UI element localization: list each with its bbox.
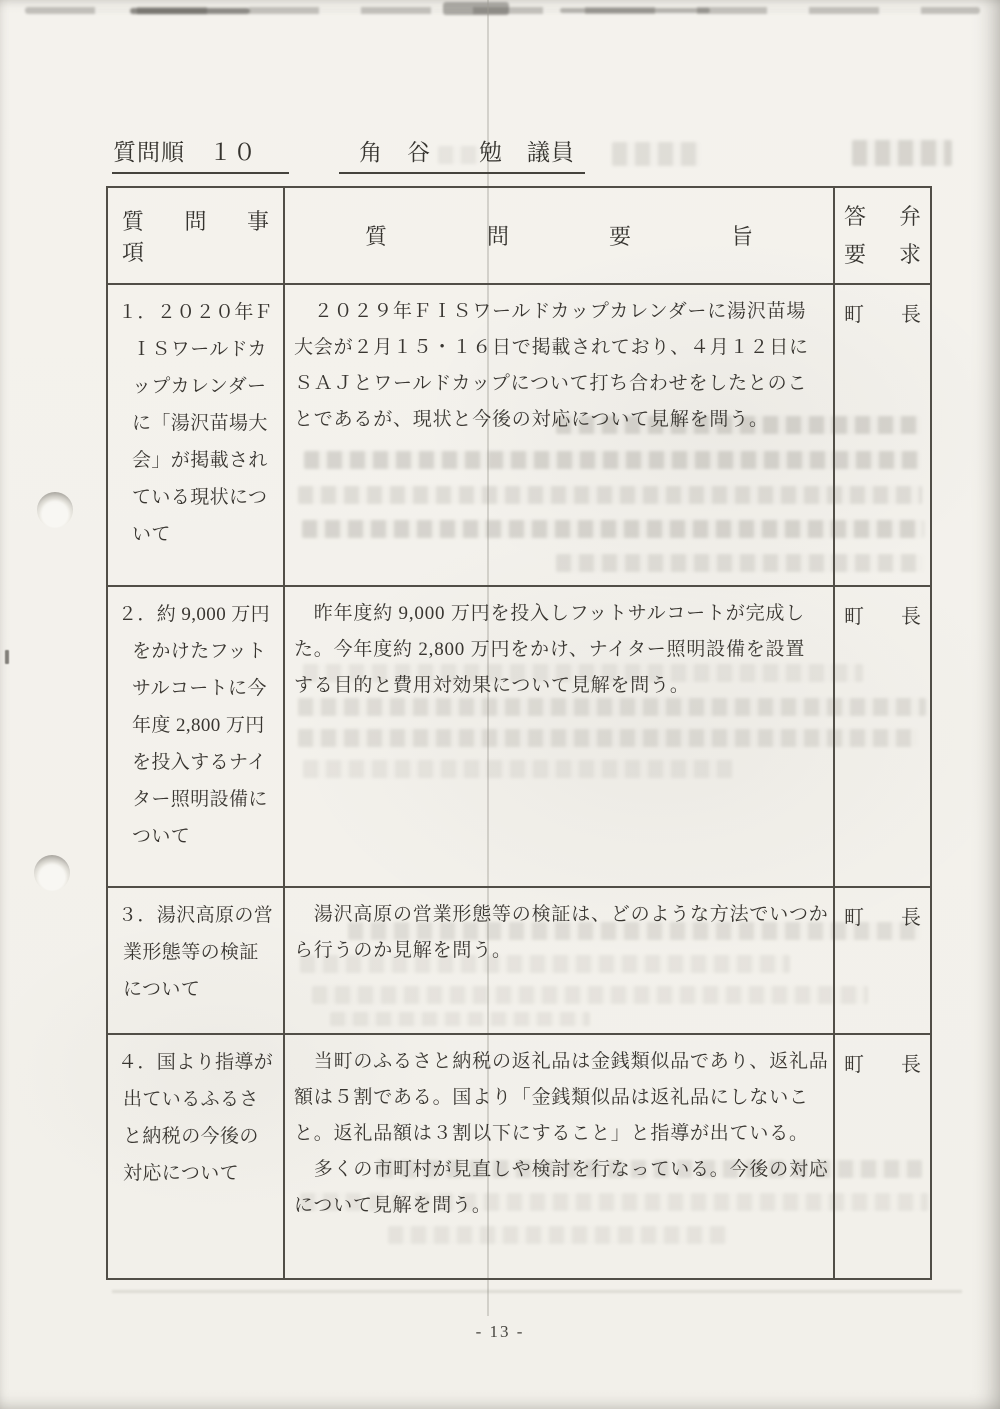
text-line: いて	[132, 516, 279, 553]
respondent-cell-2: 町 長	[835, 587, 930, 888]
question-table: 質 問 事 項 質 問 要 旨 答 弁 要 求 １．２０２０年Ｆ ＩＳワールドカ…	[106, 186, 932, 1280]
text-line: 額は５割である。国より「金銭類似品は返礼品にしないこ	[294, 1080, 827, 1116]
text-line: を投入するナイ	[132, 744, 279, 781]
text-line: ３．湯沢高原の営	[118, 897, 279, 934]
page-number: - 13 -	[0, 1322, 1000, 1342]
text-line: ２．約 9,000 万円	[118, 596, 279, 633]
text-line: 昨年度約 9,000 万円を投入しフットサルコートが完成し	[294, 596, 827, 632]
header-cell-question-items: 質 問 事 項	[108, 188, 285, 285]
summary-cell-4: 当町のふるさと納税の返礼品は金銭類似品であり、返礼品 額は５割である。国より「金…	[285, 1035, 835, 1278]
item-cell-2: ２．約 9,000 万円 をかけたフット サルコートに今 年度 2,800 万円…	[108, 587, 285, 888]
respondent-cell-1: 町 長	[835, 285, 930, 587]
bleedthrough-artifact	[852, 140, 952, 166]
text-line: と納税の今後の	[123, 1118, 279, 1155]
text-line: ップカレンダー	[132, 368, 279, 405]
summary-cell-2: 昨年度約 9,000 万円を投入しフットサルコートが完成し た。今年度約 2,8…	[285, 587, 835, 888]
text-line: 対応について	[123, 1155, 279, 1192]
text-line: １．２０２０年Ｆ	[118, 294, 279, 331]
text-line: 大会が２月１５・１６日で掲載されており、４月１２日に	[294, 330, 827, 366]
respondent-label: 町 長	[835, 298, 930, 327]
summary-cell-1: ２０２９年ＦＩＳワールドカップカレンダーに湯沢苗場 大会が２月１５・１６日で掲載…	[285, 285, 835, 587]
scan-streak	[112, 1290, 962, 1293]
question-order-label: 質問順 １０	[112, 134, 289, 174]
respondent-label: 町 長	[835, 600, 930, 629]
scanned-document-page: 質問順 １０角 谷 勉 議員 質 問 事 項 質 問 要 旨 答 弁 要 求 １…	[0, 0, 1000, 1409]
text-line: た。今年度約 2,800 万円をかけ、ナイター照明設備を設置	[294, 632, 827, 668]
text-line: 年度 2,800 万円	[132, 707, 279, 744]
respondent-label: 町 長	[835, 901, 930, 930]
text-line: ２０２９年ＦＩＳワールドカップカレンダーに湯沢苗場	[294, 294, 827, 330]
header-label: 質 問 要 旨	[285, 220, 833, 251]
text-line: 業形態等の検証	[123, 934, 279, 971]
header-cell-respondent: 答 弁 要 求	[835, 188, 930, 285]
text-line: 多くの市町村が見直しや検討を行なっている。今後の対応	[294, 1152, 827, 1188]
punch-hole	[34, 855, 70, 891]
scan-smudge-dash	[130, 8, 250, 14]
text-line: 出ているふるさ	[123, 1081, 279, 1118]
bleedthrough-artifact	[612, 142, 700, 166]
text-line: 湯沢高原の営業形態等の検証は、どのような方法でいつか	[294, 897, 827, 933]
text-line: ＩＳワールドカ	[132, 331, 279, 368]
text-line: ついて	[132, 818, 279, 855]
respondent-label: 町 長	[835, 1048, 930, 1077]
summary-cell-3: 湯沢高原の営業形態等の検証は、どのような方法でいつか ら行うのか見解を問う。	[285, 888, 835, 1035]
text-line: 当町のふるさと納税の返礼品は金銭類似品であり、返礼品	[294, 1044, 827, 1080]
item-cell-3: ３．湯沢高原の営 業形態等の検証 について	[108, 888, 285, 1035]
item-cell-1: １．２０２０年Ｆ ＩＳワールドカ ップカレンダー に「湯沢苗場大 会」が掲載され…	[108, 285, 285, 587]
text-line: に「湯沢苗場大	[132, 405, 279, 442]
text-line: ＳＡＪとワールドカップについて打ち合わせをしたとのこ	[294, 366, 827, 402]
header-cell-question-summary: 質 問 要 旨	[285, 188, 835, 285]
scan-smudge-top	[25, 7, 980, 14]
text-line: サルコートに今	[132, 670, 279, 707]
text-line: ター照明設備に	[132, 781, 279, 818]
header-label: 答 弁	[835, 198, 930, 236]
text-line: とであるが、現状と今後の対応について見解を問う。	[294, 402, 827, 438]
header-label: 質 問 事 項	[108, 205, 283, 267]
document-header: 質問順 １０角 谷 勉 議員	[112, 134, 585, 174]
edge-mark	[5, 650, 9, 664]
scan-smudge-dash	[560, 8, 710, 13]
header-label: 要 求	[835, 236, 930, 274]
respondent-cell-4: 町 長	[835, 1035, 930, 1278]
text-line: 会」が掲載され	[132, 442, 279, 479]
text-line: と。返礼品額は３割以下にすること」と指導が出ている。	[294, 1116, 827, 1152]
text-line: ている現状につ	[132, 479, 279, 516]
item-cell-4: ４．国より指導が 出ているふるさ と納税の今後の 対応について	[108, 1035, 285, 1278]
scan-smudge-blob	[443, 2, 509, 15]
text-line: について	[123, 971, 279, 1008]
member-name: 角 谷 勉 議員	[339, 134, 585, 174]
text-line: をかけたフット	[132, 633, 279, 670]
respondent-cell-3: 町 長	[835, 888, 930, 1035]
text-line: について見解を問う。	[294, 1188, 827, 1224]
text-line: する目的と費用対効果について見解を問う。	[294, 668, 827, 704]
punch-hole	[37, 492, 73, 528]
text-line: ４．国より指導が	[118, 1044, 279, 1081]
text-line: ら行うのか見解を問う。	[294, 933, 827, 969]
